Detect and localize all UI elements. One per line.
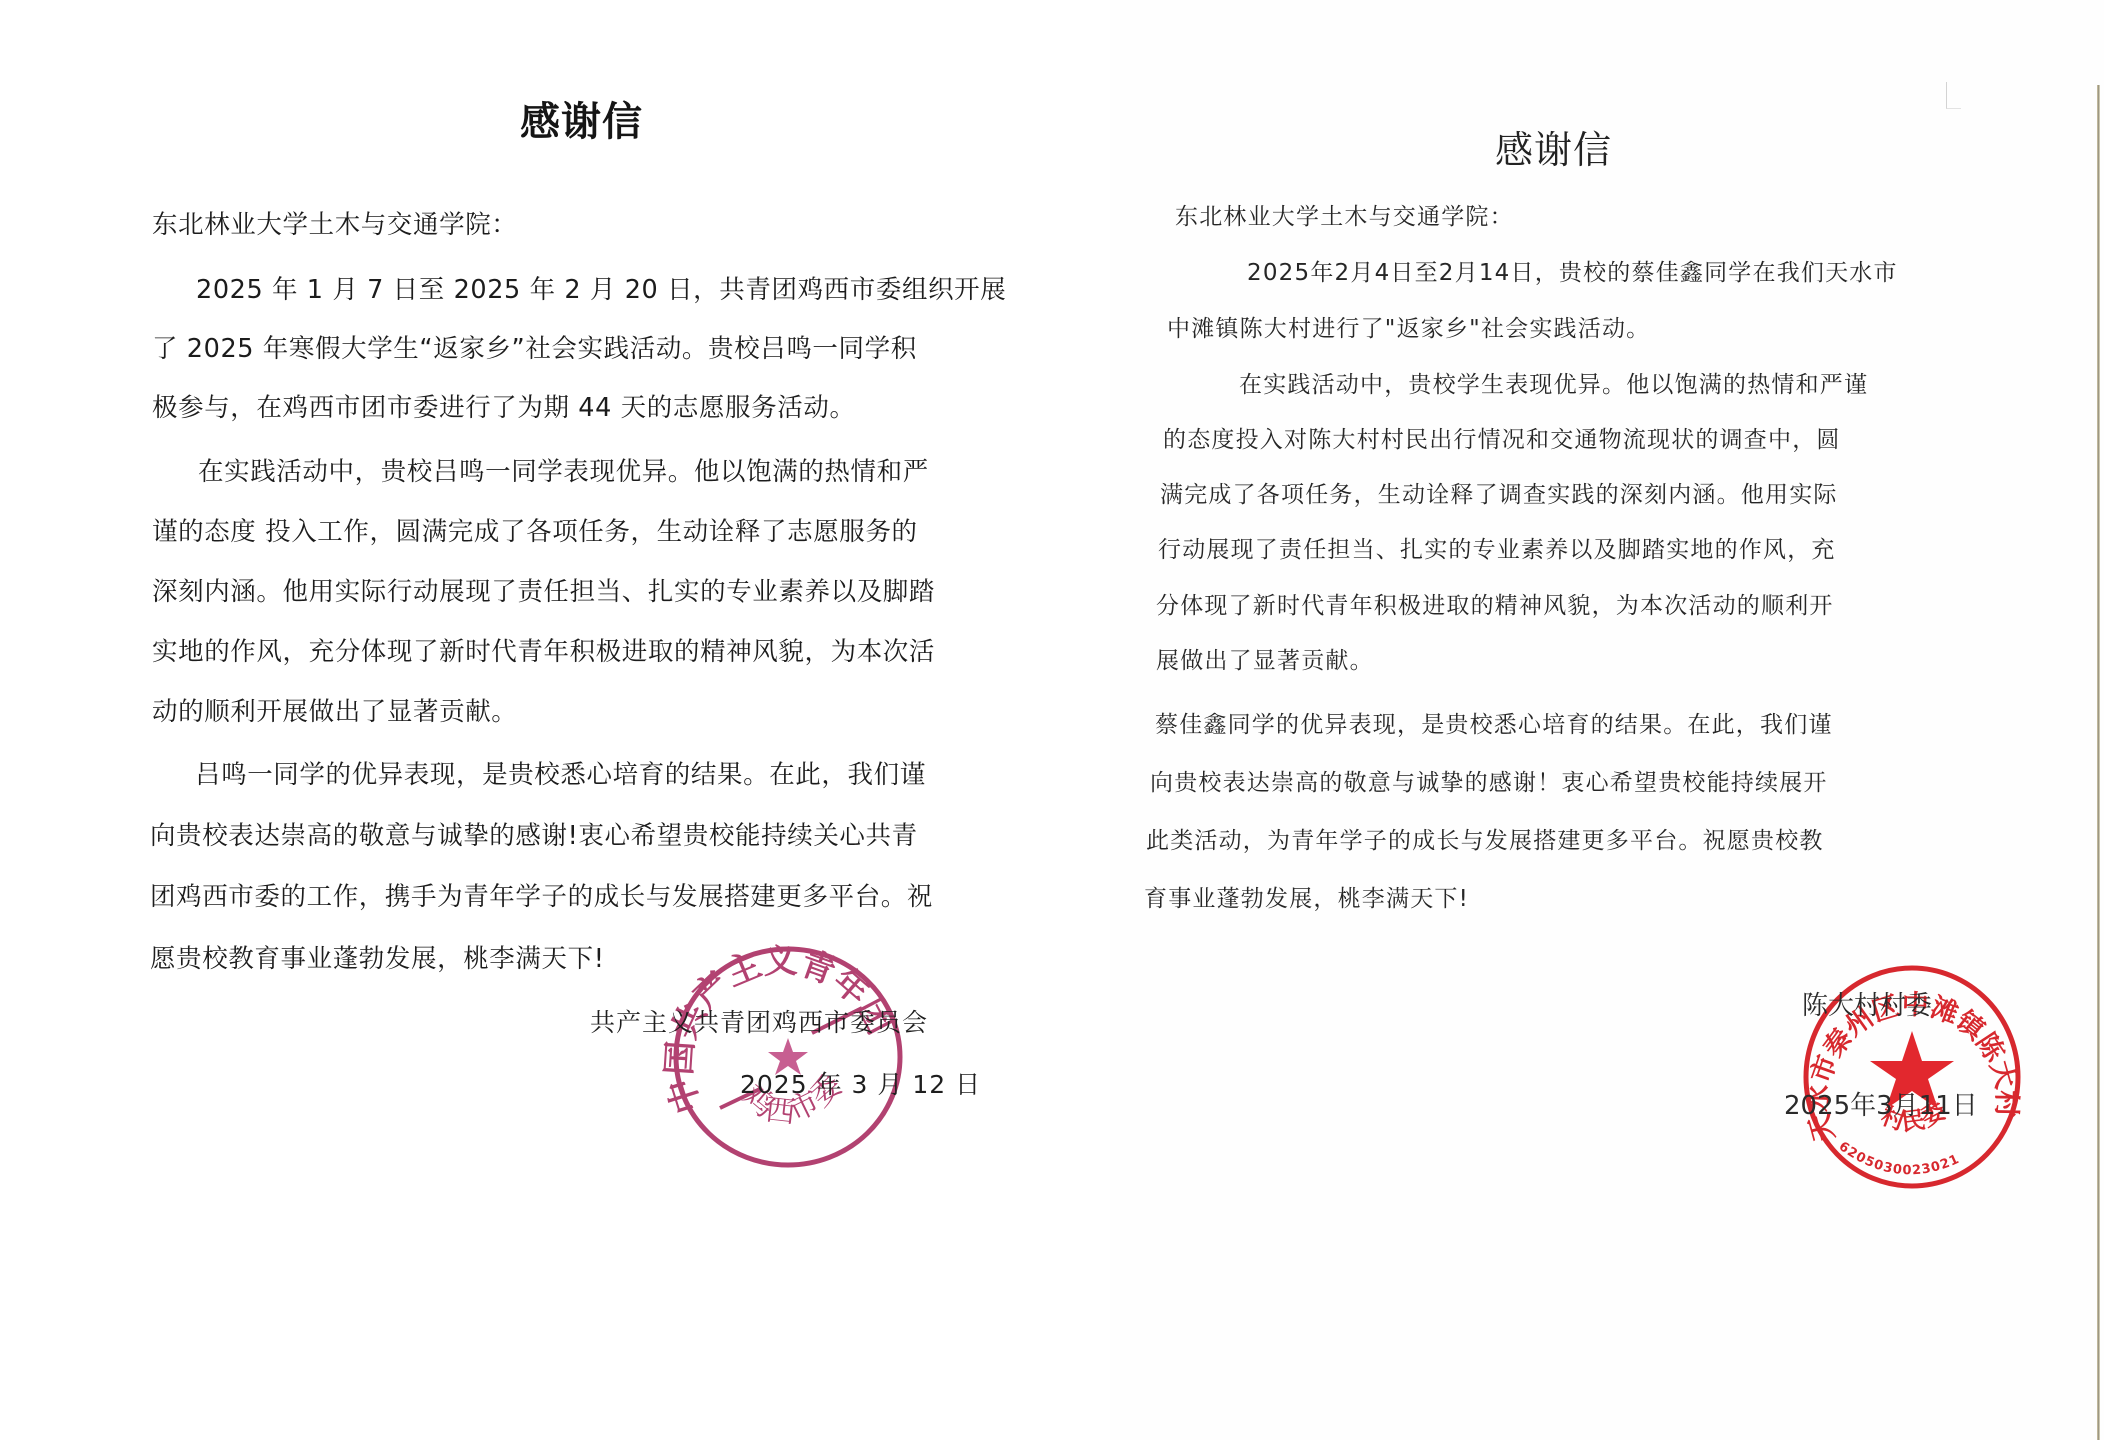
right-body-line: 行动展现了责任担当、扎实的专业素养以及脚踏实地的作风，充 bbox=[1158, 531, 1836, 564]
right-body-line: 中滩镇陈大村进行了"返家乡"社会实践活动。 bbox=[1167, 310, 1650, 343]
left-signature: 共产主义共青团鸡西市委员会 bbox=[590, 1003, 928, 1039]
right-body-line: 的态度投入对陈大村村民出行情况和交通物流现状的调查中，圆 bbox=[1163, 421, 1841, 454]
left-body-line: 了 2025 年寒假大学生“返家乡”社会实践活动。贵校吕鸣一同学积 bbox=[152, 329, 917, 365]
right-signature: 陈大村村委 bbox=[1802, 985, 1932, 1022]
right-letter-title: 感谢信 bbox=[1495, 119, 1612, 174]
right-body-line: 蔡佳鑫同学的优异表现，是贵校悉心培育的结果。在此，我们谨 bbox=[1155, 706, 1833, 739]
right-body-line: 育事业蓬勃发展，桃李满天下! bbox=[1144, 880, 1469, 913]
left-body-line: 向贵校表达崇高的敬意与诚挚的感谢!衷心希望贵校能持续关心共青 bbox=[150, 816, 918, 852]
left-letter-page: 感谢信 东北林业大学土木与交通学院： 2025 年 1 月 7 日至 2025 … bbox=[0, 0, 1110, 1440]
left-body-line: 愿贵校教育事业蓬勃发展，桃李满天下! bbox=[150, 939, 605, 975]
page-corner-mark bbox=[1946, 82, 1961, 109]
left-date: 2025 年 3 月 12 日 bbox=[740, 1065, 981, 1101]
right-body-line: 分体现了新时代青年积极进取的精神风貌，为本次活动的顺利开 bbox=[1156, 587, 1834, 620]
right-salutation: 东北林业大学土木与交通学院： bbox=[1175, 198, 1514, 231]
left-body-line: 2025 年 1 月 7 日至 2025 年 2 月 20 日，共青团鸡西市委组… bbox=[196, 270, 1006, 306]
right-body-line: 此类活动，为青年学子的成长与发展搭建更多平台。祝愿贵校教 bbox=[1146, 822, 1824, 855]
left-body-line: 团鸡西市委的工作，携手为青年学子的成长与发展搭建更多平台。祝 bbox=[150, 877, 933, 913]
right-body-line: 满完成了各项任务，生动诠释了调查实践的深刻内涵。他用实际 bbox=[1160, 476, 1838, 509]
left-official-stamp-icon: 中国共产主义青年团 鸡西市委员会 bbox=[662, 938, 914, 1176]
left-body-line: 极参与，在鸡西市团市委进行了为期 44 天的志愿服务活动。 bbox=[152, 388, 856, 424]
left-body-line: 谨的态度 投入工作，圆满完成了各项任务，生动诠释了志愿服务的 bbox=[152, 512, 918, 548]
page-edge-divider bbox=[2097, 85, 2100, 1440]
left-body-line: 实地的作风，充分体现了新时代青年积极进取的精神风貌，为本次活 bbox=[152, 632, 935, 668]
left-salutation: 东北林业大学土木与交通学院： bbox=[152, 205, 517, 241]
left-body-line: 动的顺利开展做出了显著贡献。 bbox=[152, 692, 517, 728]
right-body-line: 2025年2月4日至2月14日，贵校的蔡佳鑫同学在我们天水市 bbox=[1247, 254, 1898, 287]
right-body-line: 展做出了显著贡献。 bbox=[1156, 642, 1374, 675]
right-date: 2025年3月11日 bbox=[1784, 1085, 1978, 1122]
left-body-line: 深刻内涵。他用实际行动展现了责任担当、扎实的专业素养以及脚踏 bbox=[152, 572, 935, 608]
right-body-line: 向贵校表达崇高的敬意与诚挚的感谢！衷心希望贵校能持续展开 bbox=[1150, 764, 1828, 797]
left-body-line: 在实践活动中，贵校吕鸣一同学表现优异。他以饱满的热情和严 bbox=[198, 452, 929, 488]
right-body-line: 在实践活动中，贵校学生表现优异。他以饱满的热情和严谨 bbox=[1239, 366, 1868, 399]
left-body-line: 吕鸣一同学的优异表现，是贵校悉心培育的结果。在此，我们谨 bbox=[195, 755, 926, 791]
left-letter-title: 感谢信 bbox=[520, 90, 643, 147]
